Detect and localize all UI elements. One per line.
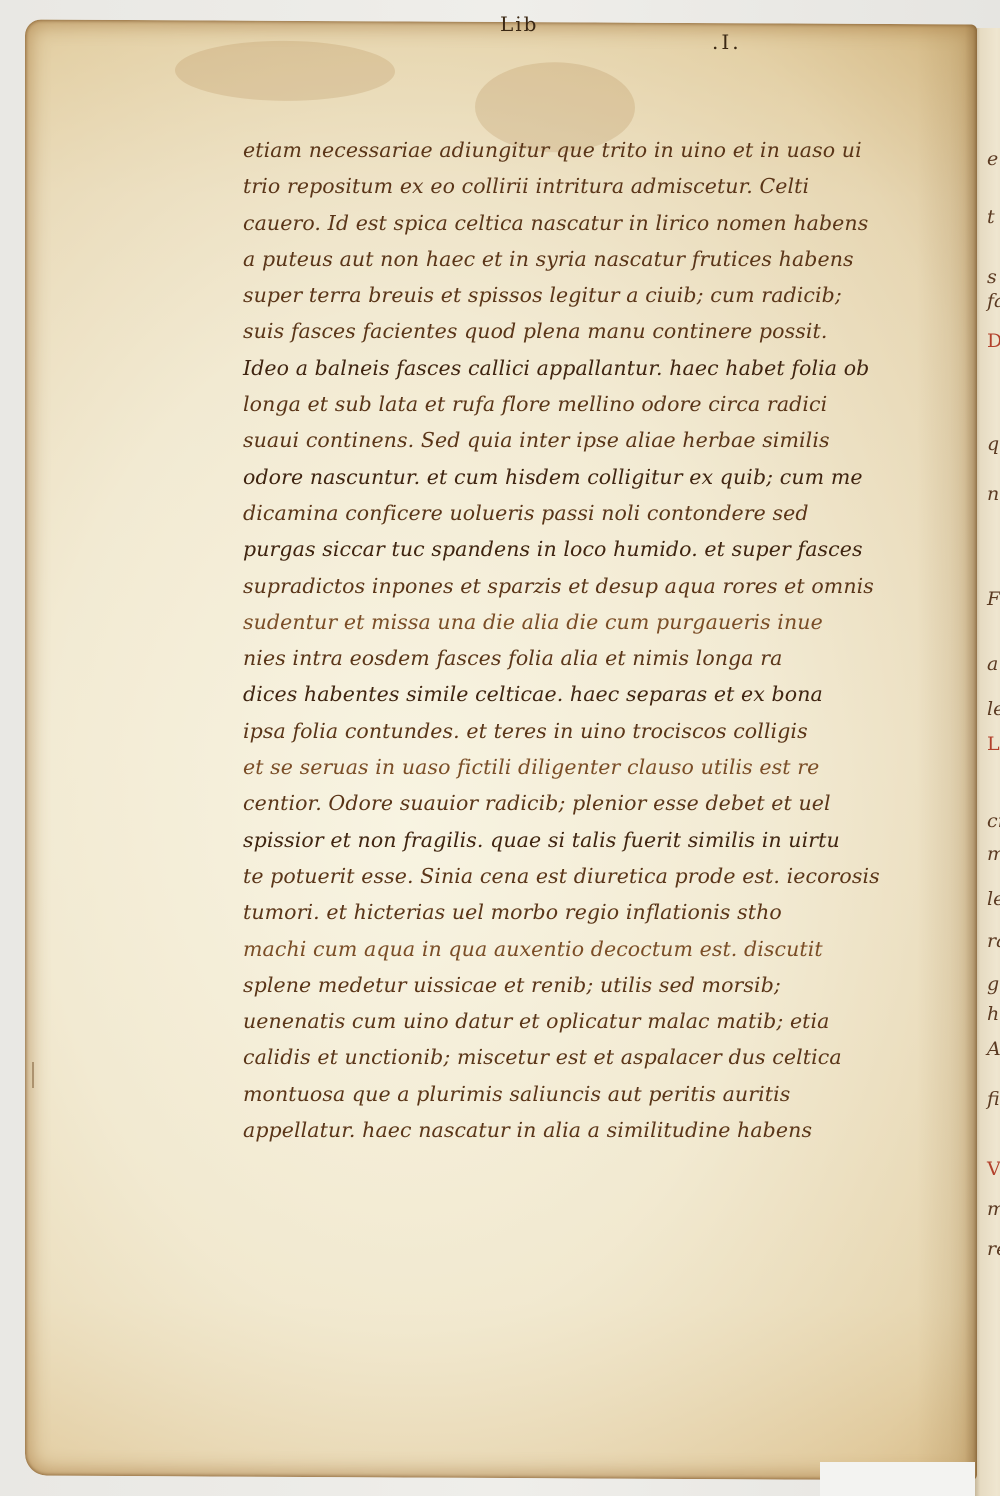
leaf-margin-text: s: [987, 266, 997, 288]
manuscript-text-block: etiam necessariae adiungitur que trito i…: [243, 132, 973, 1148]
text-line: super terra breuis et spissos legitur a …: [243, 277, 973, 313]
text-line: et se seruas in uaso fictili diligenter …: [243, 749, 973, 785]
text-line: te potuerit esse. Sinia cena est diureti…: [243, 858, 973, 894]
leaf-margin-text: a: [987, 653, 998, 675]
text-line: suis fasces facientes quod plena manu co…: [243, 313, 973, 349]
leaf-margin-text: fa: [987, 290, 1000, 312]
text-line: nies intra eosdem fasces folia alia et n…: [243, 640, 973, 676]
leaf-margin-text: Le: [987, 733, 1000, 755]
leaf-margin-text: m: [987, 843, 1000, 865]
leaf-margin-text: n: [987, 483, 999, 505]
running-head: Lib: [500, 12, 538, 36]
leaf-margin-text: Ar: [987, 1038, 1000, 1060]
leaf-margin-text: F: [987, 588, 1000, 610]
text-line: cauero. Id est spica celtica nascatur in…: [243, 205, 973, 241]
folio-number: .I.: [712, 30, 742, 54]
margin-pen-mark: [32, 1062, 34, 1088]
text-line: montuosa que a plurimis saliuncis aut pe…: [243, 1076, 973, 1112]
text-line: dices habentes simile celticae. haec sep…: [243, 676, 973, 712]
leaf-margin-text: le: [987, 888, 1000, 910]
leaf-margin-text: q: [987, 433, 999, 455]
leaf-margin-text: fin: [987, 1088, 1000, 1110]
text-line: odore nascuntur. et cum hisdem colligitu…: [243, 459, 973, 495]
text-line: trio repositum ex eo collirii intritura …: [243, 168, 973, 204]
text-line: suaui continens. Sed quia inter ipse ali…: [243, 422, 973, 458]
text-line: spissior et non fragilis. quae si talis …: [243, 822, 973, 858]
text-line: uenenatis cum uino datur et oplicatur ma…: [243, 1003, 973, 1039]
text-line: a puteus aut non haec et in syria nascat…: [243, 241, 973, 277]
leaf-margin-text: hel: [987, 1003, 1000, 1025]
leaf-margin-initial: D: [987, 330, 1000, 352]
leaf-margin-text: gr: [987, 973, 1000, 995]
text-line: tumori. et hicterias uel morbo regio inf…: [243, 894, 973, 930]
leaf-margin-text: ra: [987, 930, 1000, 952]
support-sheet: [820, 1462, 975, 1496]
water-stain: [175, 40, 395, 101]
text-line: longa et sub lata et rufa flore mellino …: [243, 386, 973, 422]
text-line: splene medetur uissicae et renib; utilis…: [243, 967, 973, 1003]
text-line: appellatur. haec nascatur in alia a simi…: [243, 1112, 973, 1148]
text-line: centior. Odore suauior radicib; plenior …: [243, 785, 973, 821]
text-line: dicamina conficere uolueris passi noli c…: [243, 495, 973, 531]
leaf-margin-text: le: [987, 698, 1000, 720]
leaf-margin-text: rem: [987, 1238, 1000, 1260]
text-line: purgas siccar tuc spandens in loco humid…: [243, 531, 973, 567]
text-line: supradictos inpones et sparzis et desup …: [243, 568, 973, 604]
text-line: sudentur et missa una die alia die cum p…: [243, 604, 973, 640]
text-line: Ideo a balneis fasces callici appallantu…: [243, 350, 973, 386]
leaf-margin-numeral: VII: [987, 1158, 1000, 1180]
leaf-margin-text: e: [987, 148, 998, 170]
leaf-margin-text: cr: [987, 810, 1000, 832]
text-line: machi cum aqua in qua auxentio decoctum …: [243, 931, 973, 967]
leaf-margin-text: t: [987, 206, 995, 228]
leaf-margin-text: mu: [987, 1198, 1000, 1220]
text-line: calidis et unctionib; miscetur est et as…: [243, 1039, 973, 1075]
text-line: etiam necessariae adiungitur que trito i…: [243, 132, 973, 168]
text-line: ipsa folia contundes. et teres in uino t…: [243, 713, 973, 749]
